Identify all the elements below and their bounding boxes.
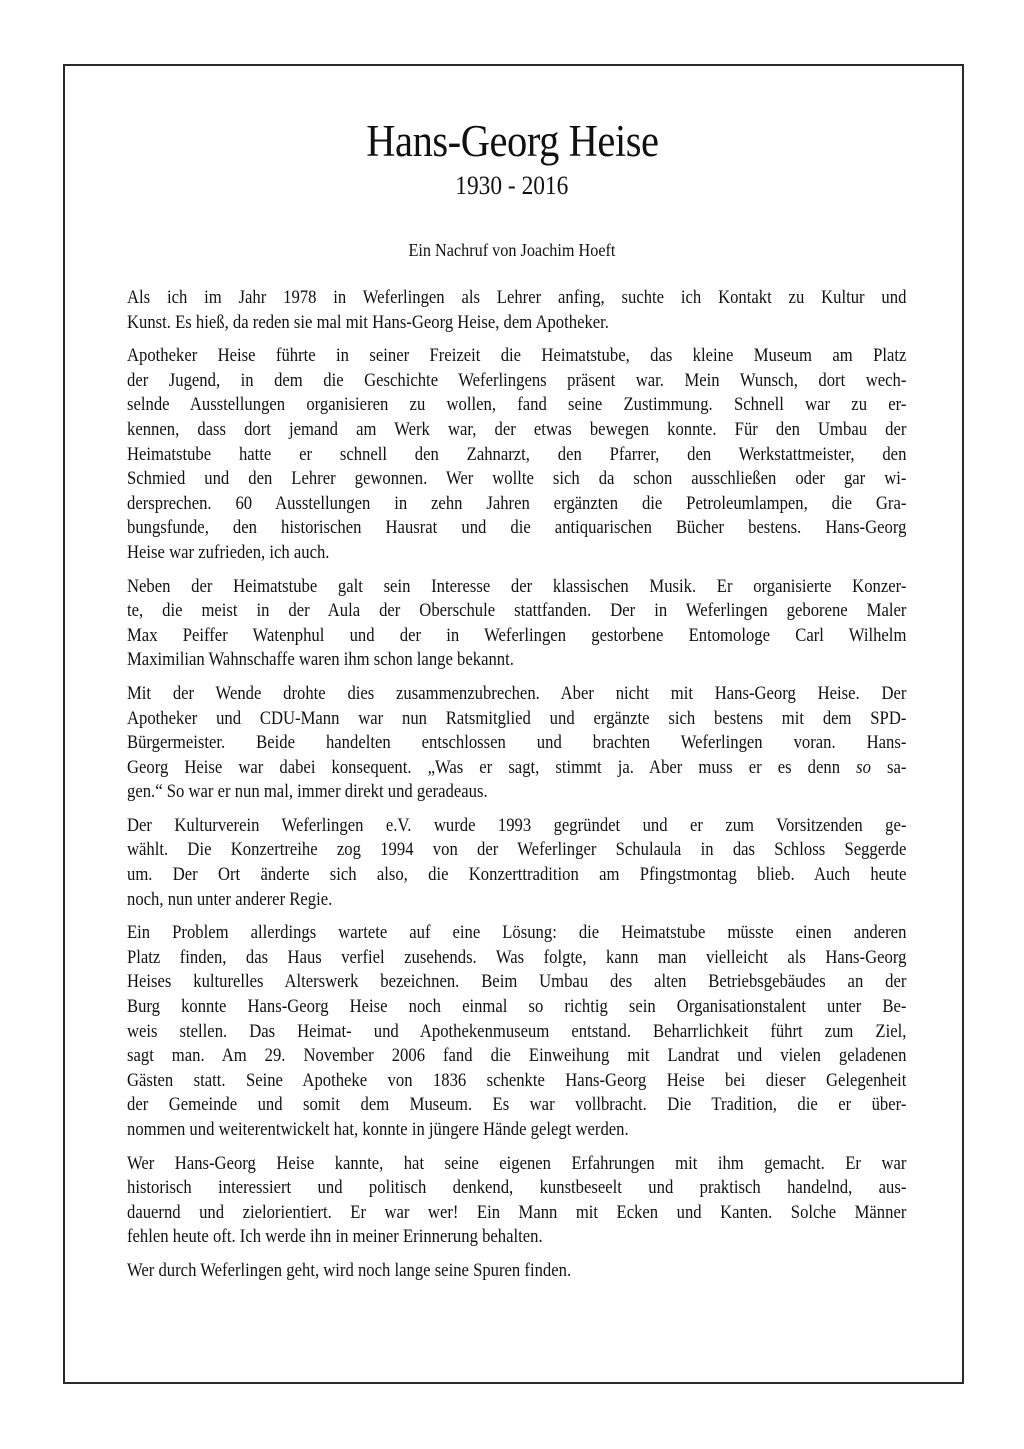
text-line: noch, nun unter anderer Regie. <box>127 888 906 913</box>
page-title: Hans-Georg Heise <box>0 115 1024 167</box>
paragraph-5: Der Kulturverein Weferlingen e.V. wurde … <box>127 814 906 912</box>
text-line: der Jugend, in dem die Geschichte Weferl… <box>127 369 906 394</box>
text-segment: sa- <box>871 758 906 778</box>
text-line: Neben der Heimatstube galt sein Interess… <box>127 575 906 600</box>
byline-text: Ein Nachruf von Joachim Hoeft <box>409 238 616 262</box>
text-line: Maximilian Wahnschaffe waren ihm schon l… <box>127 648 906 673</box>
text-line: Als ich im Jahr 1978 in Weferlingen als … <box>127 286 906 311</box>
text-line: Mit der Wende drohte dies zusammenzubrec… <box>127 682 906 707</box>
text-segment: Georg Heise war dabei konsequent. „Was e… <box>127 758 856 778</box>
text-line: Heises kulturelles Alterswerk bezeichnen… <box>127 970 906 995</box>
text-line: historisch interessiert und politisch de… <box>127 1176 906 1201</box>
text-line: Kunst. Es hieß, da reden sie mal mit Han… <box>127 311 906 336</box>
title-text: Hans-Georg Heise <box>366 115 658 167</box>
text-line: Apotheker und CDU-Mann war nun Ratsmitgl… <box>127 707 906 732</box>
text-line: dersprechen. 60 Ausstellungen in zehn Ja… <box>127 492 906 517</box>
paragraph-2: Apotheker Heise führte in seiner Freizei… <box>127 344 906 565</box>
life-dates: 1930 - 2016 <box>0 170 1024 202</box>
paragraph-6: Ein Problem allerdings wartete auf eine … <box>127 921 906 1142</box>
text-line: der Gemeinde und somit dem Museum. Es wa… <box>127 1093 906 1118</box>
text-line: Ein Problem allerdings wartete auf eine … <box>127 921 906 946</box>
byline: Ein Nachruf von Joachim Hoeft <box>0 238 1024 262</box>
text-line: dauernd und zielorientiert. Er war wer! … <box>127 1201 906 1226</box>
text-line: Bürgermeister. Beide handelten entschlos… <box>127 731 906 756</box>
paragraph-4: Mit der Wende drohte dies zusammenzubrec… <box>127 682 906 805</box>
text-line: Schmied und den Lehrer gewonnen. Wer wol… <box>127 467 906 492</box>
text-line: Apotheker Heise führte in seiner Freizei… <box>127 344 906 369</box>
text-line: Platz finden, das Haus verfiel zusehends… <box>127 946 906 971</box>
text-line: Der Kulturverein Weferlingen e.V. wurde … <box>127 814 906 839</box>
text-line: kennen, dass dort jemand am Werk war, de… <box>127 418 906 443</box>
text-line: selnde Ausstellungen organisieren zu wol… <box>127 393 906 418</box>
text-line: te, die meist in der Aula der Oberschule… <box>127 599 906 624</box>
paragraph-8: Wer durch Weferlingen geht, wird noch la… <box>127 1259 906 1284</box>
article-body: Als ich im Jahr 1978 in Weferlingen als … <box>127 286 906 1293</box>
text-line: Wer Hans-Georg Heise kannte, hat seine e… <box>127 1152 906 1177</box>
text-line: Burg konnte Hans-Georg Heise noch einmal… <box>127 995 906 1020</box>
paragraph-3: Neben der Heimatstube galt sein Interess… <box>127 575 906 673</box>
text-line: Heise war zufrieden, ich auch. <box>127 541 906 566</box>
text-line: gen.“ So war er nun mal, immer direkt un… <box>127 780 906 805</box>
text-line: Heimatstube hatte er schnell den Zahnarz… <box>127 443 906 468</box>
text-line: sagt man. Am 29. November 2006 fand die … <box>127 1044 906 1069</box>
text-line: um. Der Ort änderte sich also, die Konze… <box>127 863 906 888</box>
paragraph-1: Als ich im Jahr 1978 in Weferlingen als … <box>127 286 906 335</box>
text-line: Max Peiffer Watenphul und der in Weferli… <box>127 624 906 649</box>
paragraph-7: Wer Hans-Georg Heise kannte, hat seine e… <box>127 1152 906 1250</box>
text-line: Wer durch Weferlingen geht, wird noch la… <box>127 1259 906 1284</box>
dates-text: 1930 - 2016 <box>455 170 568 202</box>
text-line: Gästen statt. Seine Apotheke von 1836 sc… <box>127 1069 906 1094</box>
text-line: Georg Heise war dabei konsequent. „Was e… <box>127 756 906 781</box>
text-line: wählt. Die Konzertreihe zog 1994 von der… <box>127 838 906 863</box>
emphasis-text: so <box>856 758 871 778</box>
text-line: nommen und weiterentwickelt hat, konnte … <box>127 1118 906 1143</box>
text-line: bungsfunde, den historischen Hausrat und… <box>127 516 906 541</box>
text-line: weis stellen. Das Heimat- und Apothekenm… <box>127 1020 906 1045</box>
text-line: fehlen heute oft. Ich werde ihn in meine… <box>127 1225 906 1250</box>
